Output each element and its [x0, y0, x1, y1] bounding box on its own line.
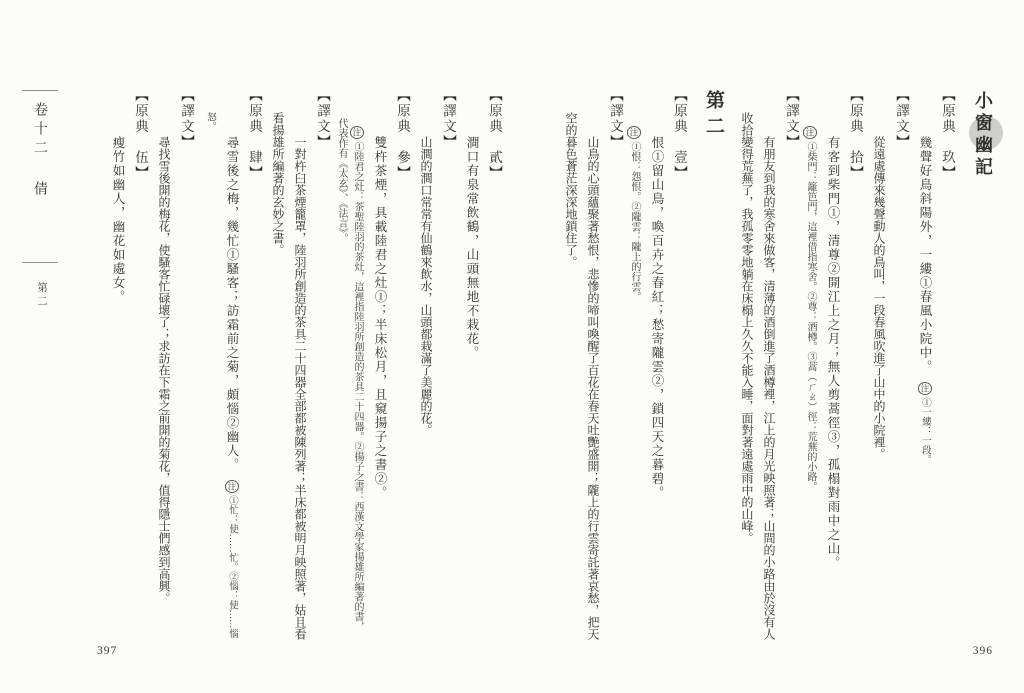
- origin-text-1: 恨①留山鳥，喚百卉之春紅；愁寄隴雲②，鎖四天之暮碧。: [646, 88, 668, 640]
- origin-10-note: ①柴門：籬笆門，這裡借指寒舍。②尊：酒樽。③蒿（ㄏㄠ）徑：荒蕪的小路。: [805, 142, 816, 492]
- section-header-origin-1: 【原典 壹】: [671, 88, 688, 640]
- origin-9-note: ①一縷：一段。: [920, 398, 930, 465]
- section-header-translation-3: 【譯文】: [314, 88, 331, 640]
- section-header-origin-3: 【原典 參】: [394, 88, 411, 640]
- book-spread: 小窗幽記 【原典 玖】 幾聲好鳥斜陽外，一縷①春風小院中。注①一縷：一段。 【譯…: [0, 0, 1024, 693]
- origin-10-note-column: 注①柴門：籬笆門，這裡借指寒舍。②尊：酒樽。③蒿（ㄏㄠ）徑：荒蕪的小路。: [802, 88, 818, 640]
- translation-text-3: 一對杵臼茶煙籠罩，陸羽所創造的茶具二十四器全部都被陳列著；半床都被明月映照著，姑…: [267, 88, 311, 640]
- section-header-origin-2: 【原典 貳】: [486, 88, 503, 640]
- section-header-origin-5: 【原典 伍】: [132, 88, 149, 640]
- note-badge: 注: [225, 480, 239, 493]
- origin-text-2: 澗口有泉常飲鶴，山頭無地不栽花。: [461, 88, 483, 640]
- note-badge: 注: [918, 382, 932, 395]
- note-badge: 注: [350, 126, 364, 139]
- chapter-heading: 第二: [698, 88, 728, 640]
- spine-volume-title: 卷十二倩: [29, 102, 49, 200]
- book-title: 小窗幽記: [973, 91, 993, 179]
- spine-chapter: 第二: [34, 282, 49, 309]
- origin-4-body: 尋雪後之梅，幾忙①騷客；訪霜前之菊，頗惱②幽人。: [225, 136, 239, 472]
- section-header-origin-9: 【原典 玖】: [939, 88, 956, 640]
- origin-text-10: 有客到柴門①，清尊②開江上之月；無人剪蒿徑③，孤榻對雨中之山。: [822, 88, 844, 640]
- translation-text-1: 山鳥的心頭蘊聚著愁恨，悲慘的啼叫喚醒了百花在春天吐艷盛開；隴上的行雲寄託著哀愁，…: [560, 88, 604, 640]
- page-right: 小窗幽記 【原典 玖】 幾聲好鳥斜陽外，一縷①春風小院中。注①一縷：一段。 【譯…: [556, 88, 996, 640]
- spine-rule-bottom: [22, 262, 58, 263]
- translation-text-10: 有朋友到我的寒舍來做客，清薄的酒倒進了酒樽裡，江上的月光映照著；山間的小路由於沒…: [736, 88, 780, 640]
- page-number-right: 396: [973, 645, 993, 657]
- note-badge: 注: [803, 126, 817, 139]
- origin-1-note-column: 注①恨：怨恨。②隴雲：隴上的行雲。: [626, 88, 642, 640]
- section-header-origin-10: 【原典 拾】: [847, 88, 864, 640]
- origin-text-3: 雙杵茶煙，具載陸君之灶①；半床松月，且窺揚子之書②。: [369, 88, 391, 640]
- book-logo: 小窗幽記: [970, 88, 996, 640]
- translation-text-2: 山澗的澗口常常有仙鶴來飲水，山頭都栽滿了美麗的花。: [415, 88, 437, 640]
- note-badge: 注: [627, 126, 641, 139]
- section-header-translation-2: 【譯文】: [440, 88, 457, 640]
- section-header-translation-9: 【譯文】: [893, 88, 910, 640]
- spine-volume: 卷十二: [32, 102, 47, 159]
- origin-3-note: ①陸君之灶：茶聖陸羽的茶灶，這裡指陸羽所創造的茶具二十四器。②揚子之書：西漢文學…: [336, 118, 363, 632]
- section-header-translation-1: 【譯文】: [607, 88, 624, 640]
- section-header-origin-4: 【原典 肆】: [246, 88, 263, 640]
- translation-text-9: 從遠處傳來幾聲動人的鳥叫，一段春風吹進了山中的小院裡。: [868, 88, 890, 640]
- origin-1-note: ①恨：怨恨。②隴雲：隴上的行雲。: [629, 142, 640, 302]
- page-number-left: 397: [97, 645, 117, 657]
- origin-text-4: 尋雪後之梅，幾忙①騷客；訪霜前之菊，頗惱②幽人。注①忙：使……忙。②惱：使……惱…: [199, 88, 243, 640]
- origin-3-note-column: 注①陸君之灶：茶聖陸羽的茶灶，這裡指陸羽所創造的茶具二十四器。②揚子之書：西漢文…: [333, 88, 365, 640]
- origin-9-body: 幾聲好鳥斜陽外，一縷①春風小院中。: [918, 136, 932, 374]
- origin-text-5: 瘦竹如幽人，幽花如處女。: [107, 88, 129, 640]
- spine-rule-top: [22, 90, 58, 91]
- spine-part: 倩: [32, 181, 47, 200]
- translation-text-4: 尋找雪後開的梅花，使騷客忙碌壞了；求訪在下霜之前開的菊花，值得隱士們感到高興。: [153, 88, 175, 640]
- section-header-translation-10: 【譯文】: [783, 88, 800, 640]
- page-left: 【原典 貳】 澗口有泉常飲鶴，山頭無地不栽花。 【譯文】 山澗的澗口常常有仙鶴來…: [103, 88, 505, 640]
- section-header-translation-4: 【譯文】: [178, 88, 195, 640]
- origin-text-9: 幾聲好鳥斜陽外，一縷①春風小院中。注①一縷：一段。: [914, 88, 936, 640]
